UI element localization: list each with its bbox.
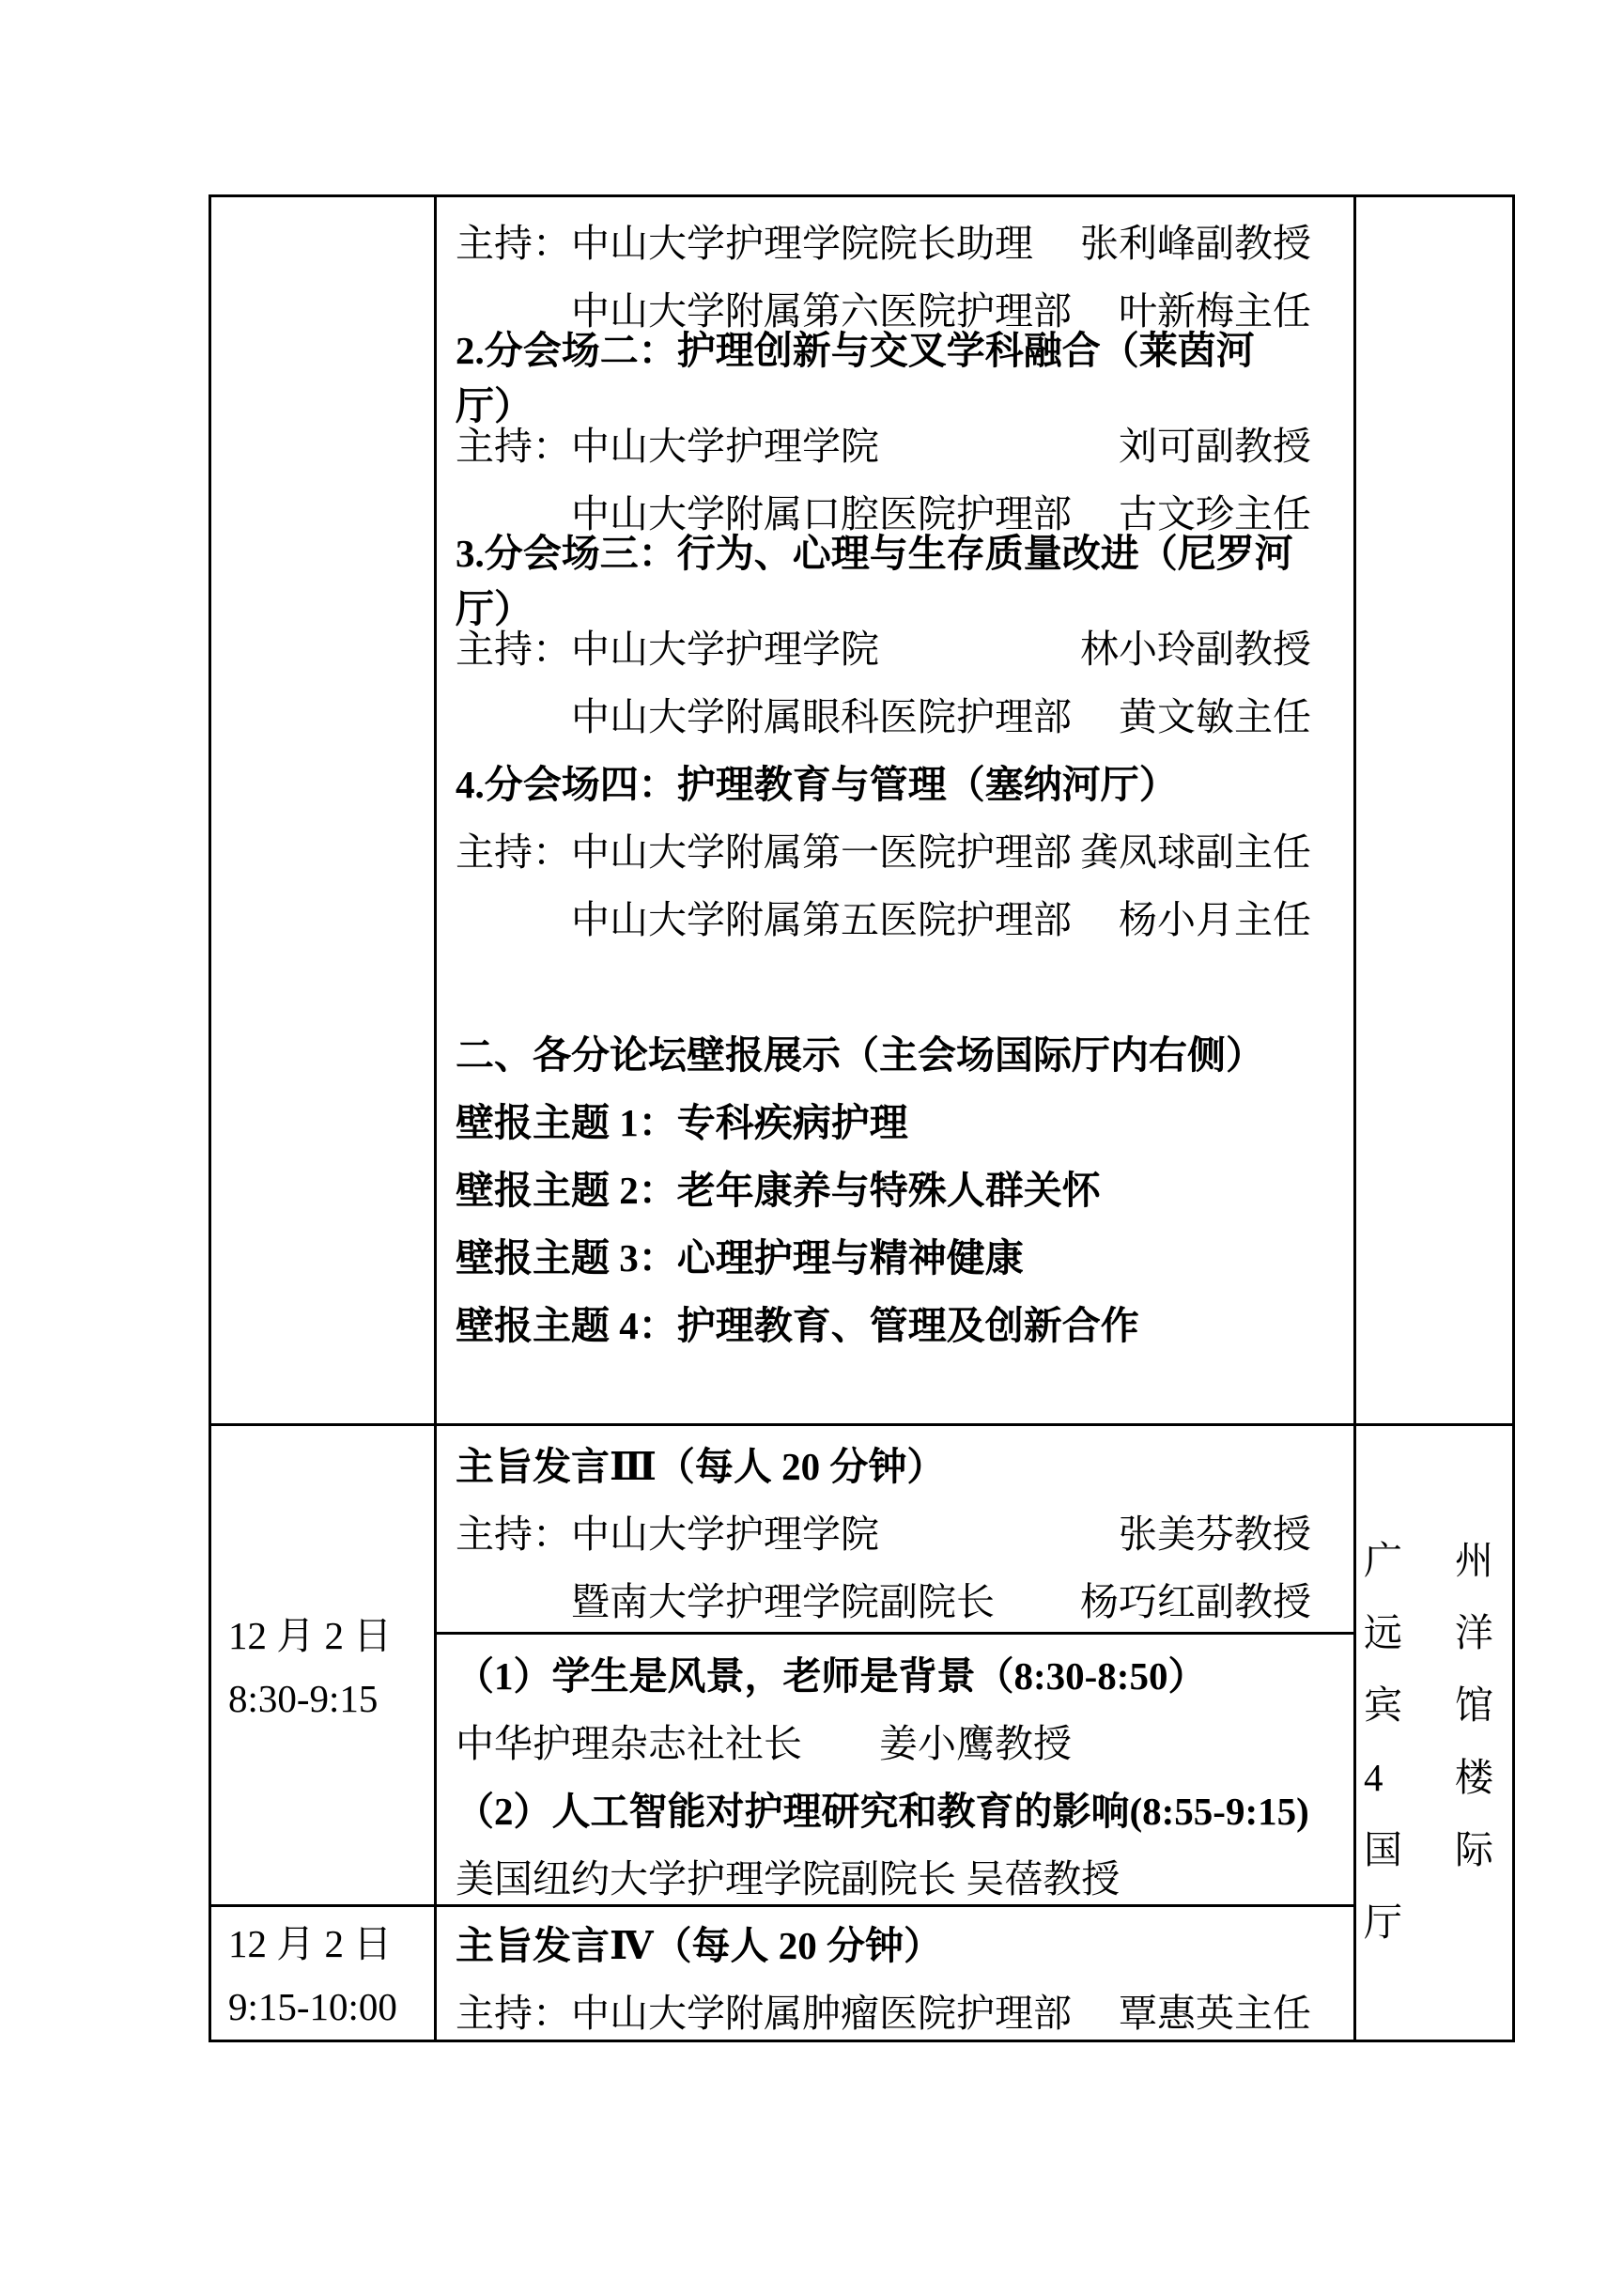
row1-time-cell	[211, 197, 437, 1426]
schedule-line: 主持：中山大学附属肿瘤医院护理部覃惠英主任	[437, 1976, 1353, 2040]
row2-time-cell: 12 月 2 日 8:30-9:15	[211, 1426, 437, 1907]
role-affiliation-text: 主持：中山大学护理学院	[456, 415, 879, 471]
row2-date: 12 月 2 日	[228, 1600, 434, 1666]
role-affiliation-text: 主持：中山大学护理学院	[456, 618, 879, 674]
venue-text: 广州远洋宾馆 4 楼国际厅	[1364, 1525, 1505, 1959]
person-name-text: 龚凤球副主任	[1080, 821, 1311, 877]
schedule-line: 主持：中山大学护理学院张美芬教授	[437, 1497, 1353, 1564]
section-heading-line: 二、各分论坛壁报展示（主会场国际厅内右侧）	[437, 1017, 1353, 1085]
schedule-line: 暨南大学护理学院副院长杨巧红副教授	[437, 1564, 1353, 1632]
section-heading-line: （1）学生是风景，老师是背景（8:30-8:50）	[437, 1638, 1353, 1706]
row2-talks-cell: （1）学生是风景，老师是背景（8:30-8:50）中华护理杂志社社长 姜小鹰教授…	[437, 1635, 1356, 1907]
person-name-text: 刘可副教授	[1119, 415, 1311, 471]
person-name-text: 覃惠英主任	[1119, 1982, 1311, 2038]
blank-line	[437, 950, 1353, 1017]
row1-venue-cell	[1356, 197, 1512, 1426]
row3-date: 12 月 2 日	[228, 1908, 434, 1974]
role-affiliation-text: 主持：中山大学护理学院院长助理	[456, 212, 1033, 268]
conference-schedule-table: 主持：中山大学护理学院院长助理张利峰副教授中山大学附属第六医院护理部叶新梅主任2…	[209, 194, 1515, 2042]
schedule-line: 中山大学附属第五医院护理部杨小月主任	[437, 882, 1353, 950]
section-heading-line: 壁报主题 2：老年康养与特殊人群关怀	[437, 1153, 1353, 1220]
section-heading-line: 壁报主题 1：专科疾病护理	[437, 1085, 1353, 1153]
person-name-text: 杨小月主任	[1119, 889, 1311, 944]
schedule-line: 中山大学附属眼科医院护理部黄文敏主任	[437, 679, 1353, 747]
section-heading-line: 壁报主题 3：心理护理与精神健康	[437, 1220, 1353, 1288]
row1-session-cell: 主持：中山大学护理学院院长助理张利峰副教授中山大学附属第六医院护理部叶新梅主任2…	[437, 197, 1356, 1426]
section-heading-line: （2）人工智能对护理研究和教育的影响(8:55-9:15)	[437, 1774, 1353, 1841]
person-name-text: 张利峰副教授	[1080, 212, 1311, 268]
venue-cell: 广州远洋宾馆 4 楼国际厅	[1356, 1426, 1512, 2040]
person-name-text: 杨巧红副教授	[1080, 1571, 1311, 1626]
role-affiliation-text: 主持：中山大学附属肿瘤医院护理部	[456, 1982, 1072, 2038]
schedule-line: 美国纽约大学护理学院副院长 吴蓓教授	[437, 1841, 1353, 1907]
section-heading-line: 壁报主题 4：护理教育、管理及创新合作	[437, 1288, 1353, 1356]
section-heading-line: 2.分会场二：护理创新与交叉学科融合（莱茵河厅）	[437, 341, 1353, 409]
section-heading-line: 3.分会场三：行为、心理与生存质量改进（尼罗河厅）	[437, 544, 1353, 612]
person-name-text: 黄文敏主任	[1119, 686, 1311, 741]
role-affiliation-text: 暨南大学护理学院副院长	[571, 1571, 995, 1626]
schedule-line: 主持：中山大学附属第一医院护理部龚凤球副主任	[437, 814, 1353, 882]
document-page: { "colors": { "background": "#ffffff", "…	[0, 0, 1623, 2296]
row3-session-cell: 主旨发言Ⅳ（每人 20 分钟）主持：中山大学附属肿瘤医院护理部覃惠英主任	[437, 1907, 1356, 2040]
schedule-line: 中华护理杂志社社长 姜小鹰教授	[437, 1706, 1353, 1774]
role-affiliation-text: 主持：中山大学护理学院	[456, 1503, 879, 1559]
role-affiliation-text: 中山大学附属眼科医院护理部	[571, 686, 1072, 741]
section-heading-line: 主旨发言Ⅲ（每人 20 分钟）	[437, 1429, 1353, 1497]
schedule-line: 主持：中山大学护理学院院长助理张利峰副教授	[437, 206, 1353, 273]
section-heading-line: 主旨发言Ⅳ（每人 20 分钟）	[437, 1908, 1353, 1976]
section-heading-line: 4.分会场四：护理教育与管理（塞纳河厅）	[437, 747, 1353, 814]
row3-time: 9:15-10:00	[228, 1974, 434, 2040]
role-affiliation-text: 中山大学附属第五医院护理部	[571, 889, 1072, 944]
person-name-text: 张美芬教授	[1119, 1503, 1311, 1559]
role-affiliation-text: 主持：中山大学附属第一医院护理部	[456, 821, 1072, 877]
row3-time-cell: 12 月 2 日 9:15-10:00	[211, 1907, 437, 2040]
row2-keynote-cell: 主旨发言Ⅲ（每人 20 分钟）主持：中山大学护理学院张美芬教授暨南大学护理学院副…	[437, 1426, 1356, 1635]
person-name-text: 林小玲副教授	[1080, 618, 1311, 674]
row2-time: 8:30-9:15	[228, 1666, 434, 1731]
